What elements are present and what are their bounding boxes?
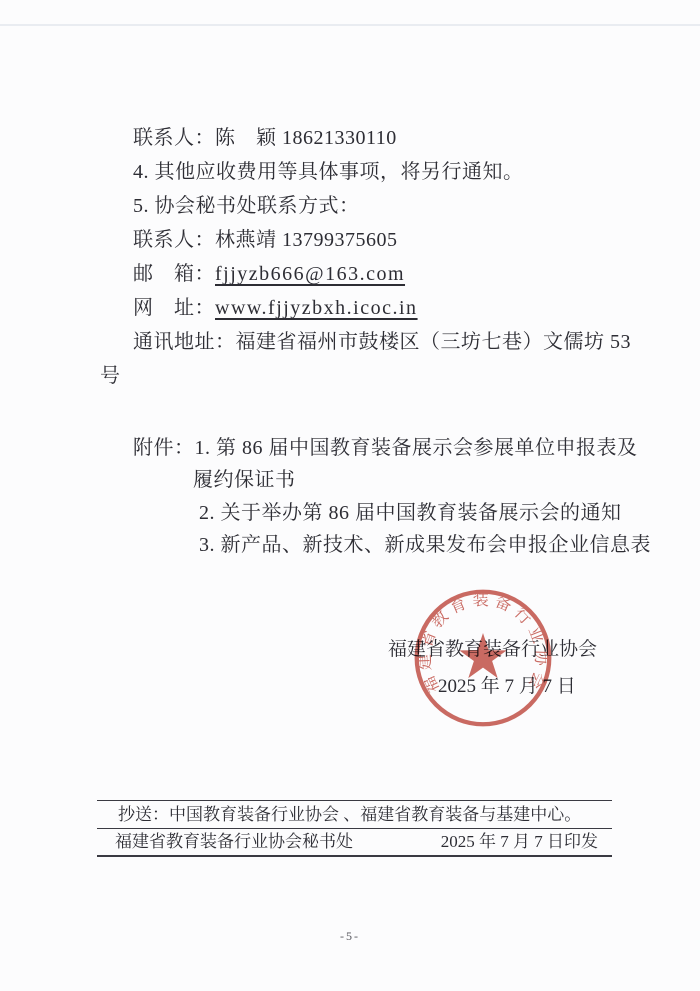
secretariat-contact-heading: 5. 协会秘书处联系方式：: [133, 193, 360, 219]
attachment-item-3: 3. 新产品、新技术、新成果发布会申报企业信息表: [199, 532, 651, 558]
postal-address-line-1: 通讯地址：福建省福州市鼓楼区（三坊七巷）文儒坊 53: [133, 329, 631, 355]
email-line: 邮 箱：fjjyzb666@163.com: [133, 261, 405, 287]
attachment-item-1-line-1: 附件：1. 第 86 届中国教育装备展示会参展单位申报表及: [133, 435, 638, 461]
website-label: 网 址：: [133, 297, 215, 319]
contact-person-line-2: 联系人：林燕靖 13799375605: [133, 227, 398, 253]
scan-artifact-line: [0, 24, 700, 26]
attachment-item-2: 2. 关于举办第 86 届中国教育装备展示会的通知: [199, 500, 622, 526]
fee-notice-line: 4. 其他应收费用等具体事项，将另行通知。: [133, 159, 524, 185]
website-value: www.fjjyzbxh.icoc.in: [215, 297, 418, 319]
email-value: fjjyzb666@163.com: [215, 263, 405, 285]
footer-distribution-box: 抄送：中国教育装备行业协会 、福建省教育装备与基建中心。 福建省教育装备行业协会…: [97, 800, 612, 857]
print-date: 2025 年 7 月 7 日印发: [441, 829, 598, 855]
issuer-name: 福建省教育装备行业协会秘书处: [115, 829, 353, 855]
scanned-document-page: 联系人：陈 颖 18621330110 4. 其他应收费用等具体事项，将另行通知…: [0, 0, 700, 991]
page-number: -5-: [0, 929, 700, 944]
contact-person-line-1: 联系人：陈 颖 18621330110: [133, 125, 397, 151]
website-line: 网 址：www.fjjyzbxh.icoc.in: [133, 295, 418, 321]
attachment-item-1-line-2: 履约保证书: [193, 467, 296, 493]
postal-address-line-2: 号: [100, 363, 121, 389]
seal-star-icon: [459, 633, 506, 678]
email-label: 邮 箱：: [133, 263, 215, 285]
issuer-line: 福建省教育装备行业协会秘书处 2025 年 7 月 7 日印发: [97, 829, 612, 855]
cc-line: 抄送：中国教育装备行业协会 、福建省教育装备与基建中心。: [97, 801, 612, 829]
official-red-seal: 福建省教育装备行业协会: [411, 586, 555, 730]
